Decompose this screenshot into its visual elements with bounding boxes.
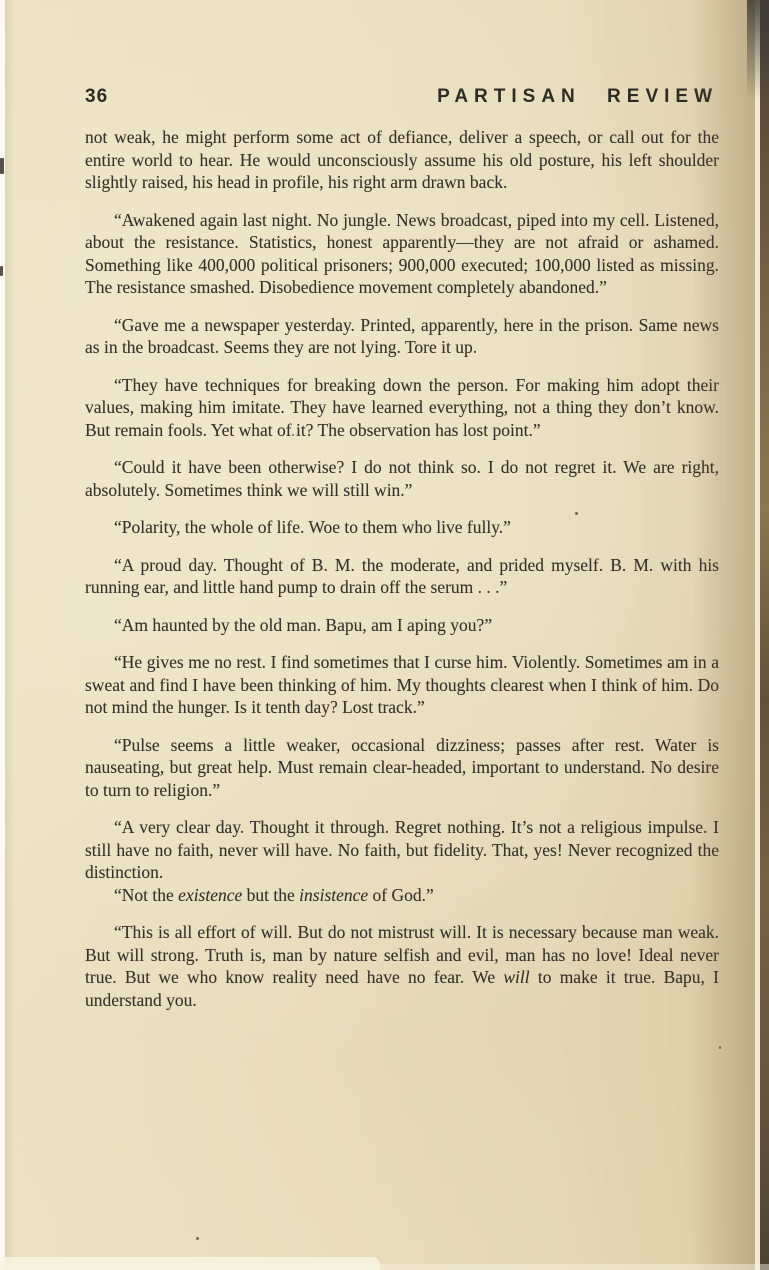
paper-speck [575, 512, 578, 515]
book-page-edges [760, 0, 769, 1270]
bottom-page-corner [0, 1257, 380, 1270]
page-number: 36 [85, 86, 108, 108]
book-page-edges-top [747, 0, 769, 100]
page-header: 36 PARTISAN REVIEW [85, 86, 718, 108]
paragraph-p3: “Gave me a newspaper yesterday. Printed,… [85, 314, 719, 359]
scanned-page: 36 PARTISAN REVIEW not weak, he might pe… [0, 0, 769, 1270]
paragraph-p11b: “Not the existence but the insistence of… [85, 884, 719, 907]
paragraph-p5: “Could it have been otherwise? I do not … [85, 456, 719, 501]
paragraph-p7: “A proud day. Thought of B. M. the moder… [85, 554, 719, 599]
paragraph-p4: “They have techniques for breaking down … [85, 374, 719, 442]
paper-speck [196, 1237, 199, 1240]
paragraph-p1: not weak, he might perform some act of d… [85, 126, 719, 194]
paper-speck [719, 1046, 721, 1049]
page-curl-shade [690, 0, 755, 1270]
paper-speck [292, 434, 294, 436]
left-gutter-shadow [5, 0, 15, 1270]
paragraph-p12: “This is all effort of will. But do not … [85, 921, 719, 1011]
film-mark [0, 158, 4, 174]
paragraph-p2: “Awakened again last night. No jungle. N… [85, 209, 719, 299]
paragraph-p9: “He gives me no rest. I find sometimes t… [85, 651, 719, 719]
paragraph-p11: “A very clear day. Thought it through. R… [85, 816, 719, 884]
paragraph-p6: “Polarity, the whole of life. Woe to the… [85, 516, 719, 539]
paragraph-p8: “Am haunted by the old man. Bapu, am I a… [85, 614, 719, 637]
film-mark [0, 266, 3, 276]
paragraph-p10: “Pulse seems a little weaker, occasional… [85, 734, 719, 802]
body-text: not weak, he might perform some act of d… [85, 126, 719, 1011]
journal-title: PARTISAN REVIEW [437, 86, 718, 108]
